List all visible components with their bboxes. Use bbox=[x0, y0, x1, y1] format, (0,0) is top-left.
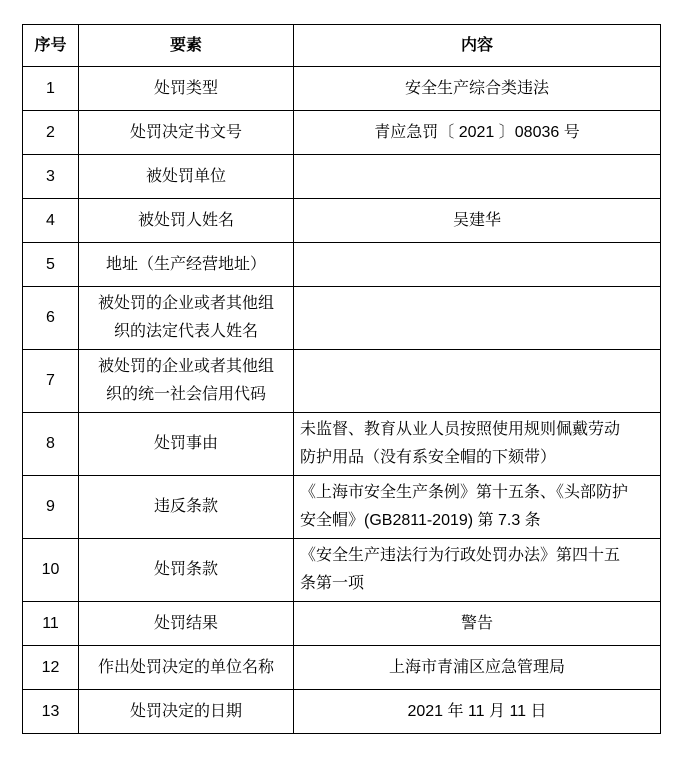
row-number-cell: 7 bbox=[23, 350, 79, 413]
table-row: 6被处罚的企业或者其他组 织的法定代表人姓名 bbox=[23, 287, 661, 350]
table-row: 12作出处罚决定的单位名称上海市青浦区应急管理局 bbox=[23, 646, 661, 690]
table-row: 9违反条款《上海市安全生产条例》第十五条、《头部防护 安全帽》(GB2811-2… bbox=[23, 476, 661, 539]
table-row: 8处罚事由未监督、教育从业人员按照使用规则佩戴劳动 防护用品（没有系安全帽的下颏… bbox=[23, 413, 661, 476]
content-cell bbox=[294, 155, 661, 199]
element-cell: 被处罚单位 bbox=[79, 155, 294, 199]
element-cell: 处罚结果 bbox=[79, 602, 294, 646]
element-cell: 被处罚人姓名 bbox=[79, 199, 294, 243]
header-row: 序号 要素 内容 bbox=[23, 25, 661, 67]
content-cell: 《安全生产违法行为行政处罚办法》第四十五 条第一项 bbox=[294, 539, 661, 602]
row-number-cell: 3 bbox=[23, 155, 79, 199]
element-cell: 被处罚的企业或者其他组 织的统一社会信用代码 bbox=[79, 350, 294, 413]
element-cell: 地址（生产经营地址） bbox=[79, 243, 294, 287]
row-number-cell: 13 bbox=[23, 690, 79, 734]
row-number-cell: 9 bbox=[23, 476, 79, 539]
row-number-cell: 5 bbox=[23, 243, 79, 287]
row-number-cell: 6 bbox=[23, 287, 79, 350]
table-row: 2处罚决定书文号青应急罚〔 2021 〕08036 号 bbox=[23, 111, 661, 155]
row-number-cell: 2 bbox=[23, 111, 79, 155]
header-cell-no: 序号 bbox=[23, 25, 79, 67]
content-cell bbox=[294, 287, 661, 350]
element-cell: 处罚事由 bbox=[79, 413, 294, 476]
content-cell: 未监督、教育从业人员按照使用规则佩戴劳动 防护用品（没有系安全帽的下颏带） bbox=[294, 413, 661, 476]
row-number-cell: 10 bbox=[23, 539, 79, 602]
row-number-cell: 11 bbox=[23, 602, 79, 646]
table-row: 11处罚结果警告 bbox=[23, 602, 661, 646]
table-row: 5地址（生产经营地址） bbox=[23, 243, 661, 287]
element-cell: 违反条款 bbox=[79, 476, 294, 539]
table-row: 3被处罚单位 bbox=[23, 155, 661, 199]
table-row: 7被处罚的企业或者其他组 织的统一社会信用代码 bbox=[23, 350, 661, 413]
content-cell: 《上海市安全生产条例》第十五条、《头部防护 安全帽》(GB2811-2019) … bbox=[294, 476, 661, 539]
table-body: 1处罚类型安全生产综合类违法2处罚决定书文号青应急罚〔 2021 〕08036 … bbox=[23, 67, 661, 734]
header-cell-element: 要素 bbox=[79, 25, 294, 67]
element-cell: 处罚条款 bbox=[79, 539, 294, 602]
table-row: 1处罚类型安全生产综合类违法 bbox=[23, 67, 661, 111]
element-cell: 处罚决定的日期 bbox=[79, 690, 294, 734]
table-row: 10处罚条款《安全生产违法行为行政处罚办法》第四十五 条第一项 bbox=[23, 539, 661, 602]
content-cell: 上海市青浦区应急管理局 bbox=[294, 646, 661, 690]
element-cell: 作出处罚决定的单位名称 bbox=[79, 646, 294, 690]
table-row: 13处罚决定的日期2021 年 11 月 11 日 bbox=[23, 690, 661, 734]
table-header: 序号 要素 内容 bbox=[23, 25, 661, 67]
penalty-table: 序号 要素 内容 1处罚类型安全生产综合类违法2处罚决定书文号青应急罚〔 202… bbox=[22, 24, 661, 734]
content-cell: 安全生产综合类违法 bbox=[294, 67, 661, 111]
header-cell-content: 内容 bbox=[294, 25, 661, 67]
row-number-cell: 8 bbox=[23, 413, 79, 476]
content-cell: 吴建华 bbox=[294, 199, 661, 243]
row-number-cell: 4 bbox=[23, 199, 79, 243]
content-cell: 警告 bbox=[294, 602, 661, 646]
row-number-cell: 1 bbox=[23, 67, 79, 111]
content-cell: 青应急罚〔 2021 〕08036 号 bbox=[294, 111, 661, 155]
content-cell: 2021 年 11 月 11 日 bbox=[294, 690, 661, 734]
content-cell bbox=[294, 243, 661, 287]
table-row: 4被处罚人姓名吴建华 bbox=[23, 199, 661, 243]
element-cell: 处罚类型 bbox=[79, 67, 294, 111]
page: 序号 要素 内容 1处罚类型安全生产综合类违法2处罚决定书文号青应急罚〔 202… bbox=[0, 0, 687, 734]
row-number-cell: 12 bbox=[23, 646, 79, 690]
content-cell bbox=[294, 350, 661, 413]
element-cell: 被处罚的企业或者其他组 织的法定代表人姓名 bbox=[79, 287, 294, 350]
element-cell: 处罚决定书文号 bbox=[79, 111, 294, 155]
